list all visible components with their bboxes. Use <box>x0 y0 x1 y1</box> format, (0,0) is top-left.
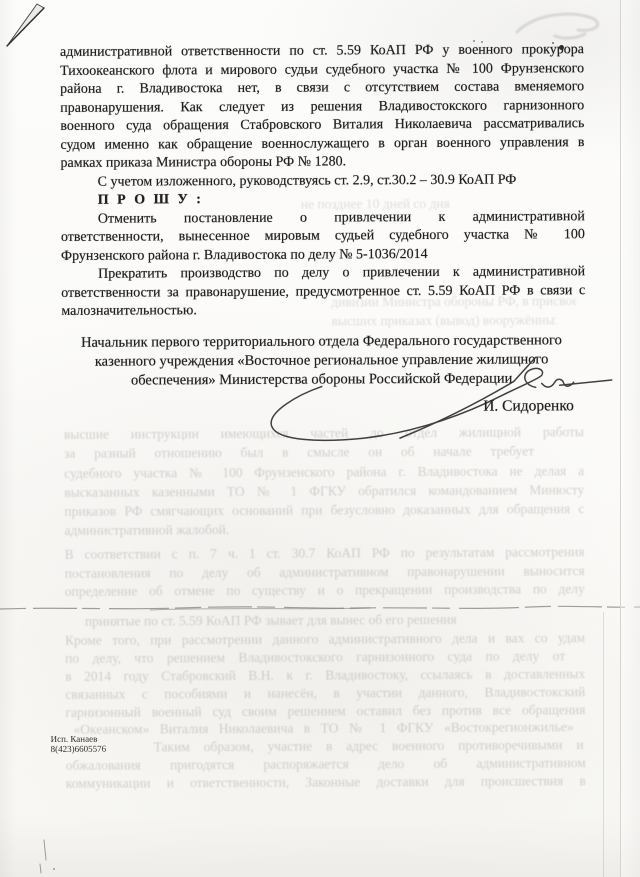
ghost-line: Таким образом, участие в адрес военного … <box>154 737 584 755</box>
ghost-line: коммуникации и ответственности, Законные… <box>66 773 586 792</box>
ghost-line: определение об отмене по существу и о пр… <box>65 581 585 600</box>
corner-fold-mark <box>0 0 70 60</box>
ghost-line: постановления по делу об административно… <box>65 563 585 582</box>
body-line: Прекратить производство по делу о привле… <box>61 263 585 284</box>
body-line: ответственности, вынесенное мировым судь… <box>61 226 585 247</box>
scan-content: не позднее 10 дней со дня дивизии Минист… <box>0 0 640 877</box>
ink-dot <box>481 41 483 43</box>
ghost-line: гарнизонный военный суд своим решением о… <box>65 702 585 721</box>
ink-dot <box>473 40 475 42</box>
signer-name: И. Сидоренко <box>432 397 574 416</box>
ghost-line: «Океанском» Виталия Николаевича в ТО № 1… <box>73 719 573 738</box>
ink-dot <box>559 45 564 50</box>
ghost-line: В соответствии с п. 7 ч. 1 ст. 30.7 КоАП… <box>65 544 585 563</box>
document-text: административной ответственности по ст. … <box>60 41 585 321</box>
body-line: района г. Владивостока нет, в связи с от… <box>60 78 584 99</box>
ghost-line: обжалования пригодятся распоряжается дел… <box>66 755 586 774</box>
body-line: военного суда обращения Стабровского Вит… <box>60 115 584 136</box>
body-line: С учетом изложенного, руководствуясь ст.… <box>61 171 585 192</box>
paper-edge-margin <box>621 0 640 877</box>
ghost-line: по делу, что решением Владивостокского г… <box>65 648 565 667</box>
body-line: малозначительностью. <box>61 300 585 321</box>
executor-phone: 8(423)6605576 <box>51 744 107 754</box>
bottom-corner-marks <box>36 836 96 876</box>
vertical-crease <box>603 612 604 877</box>
ghost-line: в 2014 году Стабровский В.Н. к г. Владив… <box>65 666 585 685</box>
body-line: судом именно как обращение военнослужаще… <box>60 134 584 155</box>
ghost-line: связанных с пособиями и нанесён, в участ… <box>65 684 585 703</box>
fold-crease-line <box>0 600 640 616</box>
body-line: ответственности за правонарушение, преду… <box>61 282 585 303</box>
ink-dot <box>552 42 554 44</box>
ghost-line: высказанных казенными ТО № 1 ФГКУ обрати… <box>64 482 584 501</box>
ghost-line: административной жалобой. <box>64 522 284 539</box>
smudge-mark <box>495 2 620 52</box>
scanned-document-page: не позднее 10 дней со дня дивизии Минист… <box>0 0 640 877</box>
executor-note: Исп. Канаев 8(423)6605576 <box>51 735 107 754</box>
ghost-line: приказов РФ смягчающих оснований при без… <box>64 501 584 520</box>
ghost-line: Кроме того, при рассмотрении данного адм… <box>65 630 585 649</box>
ghost-line: судебного участка № 100 Фрунзенского рай… <box>64 463 584 482</box>
